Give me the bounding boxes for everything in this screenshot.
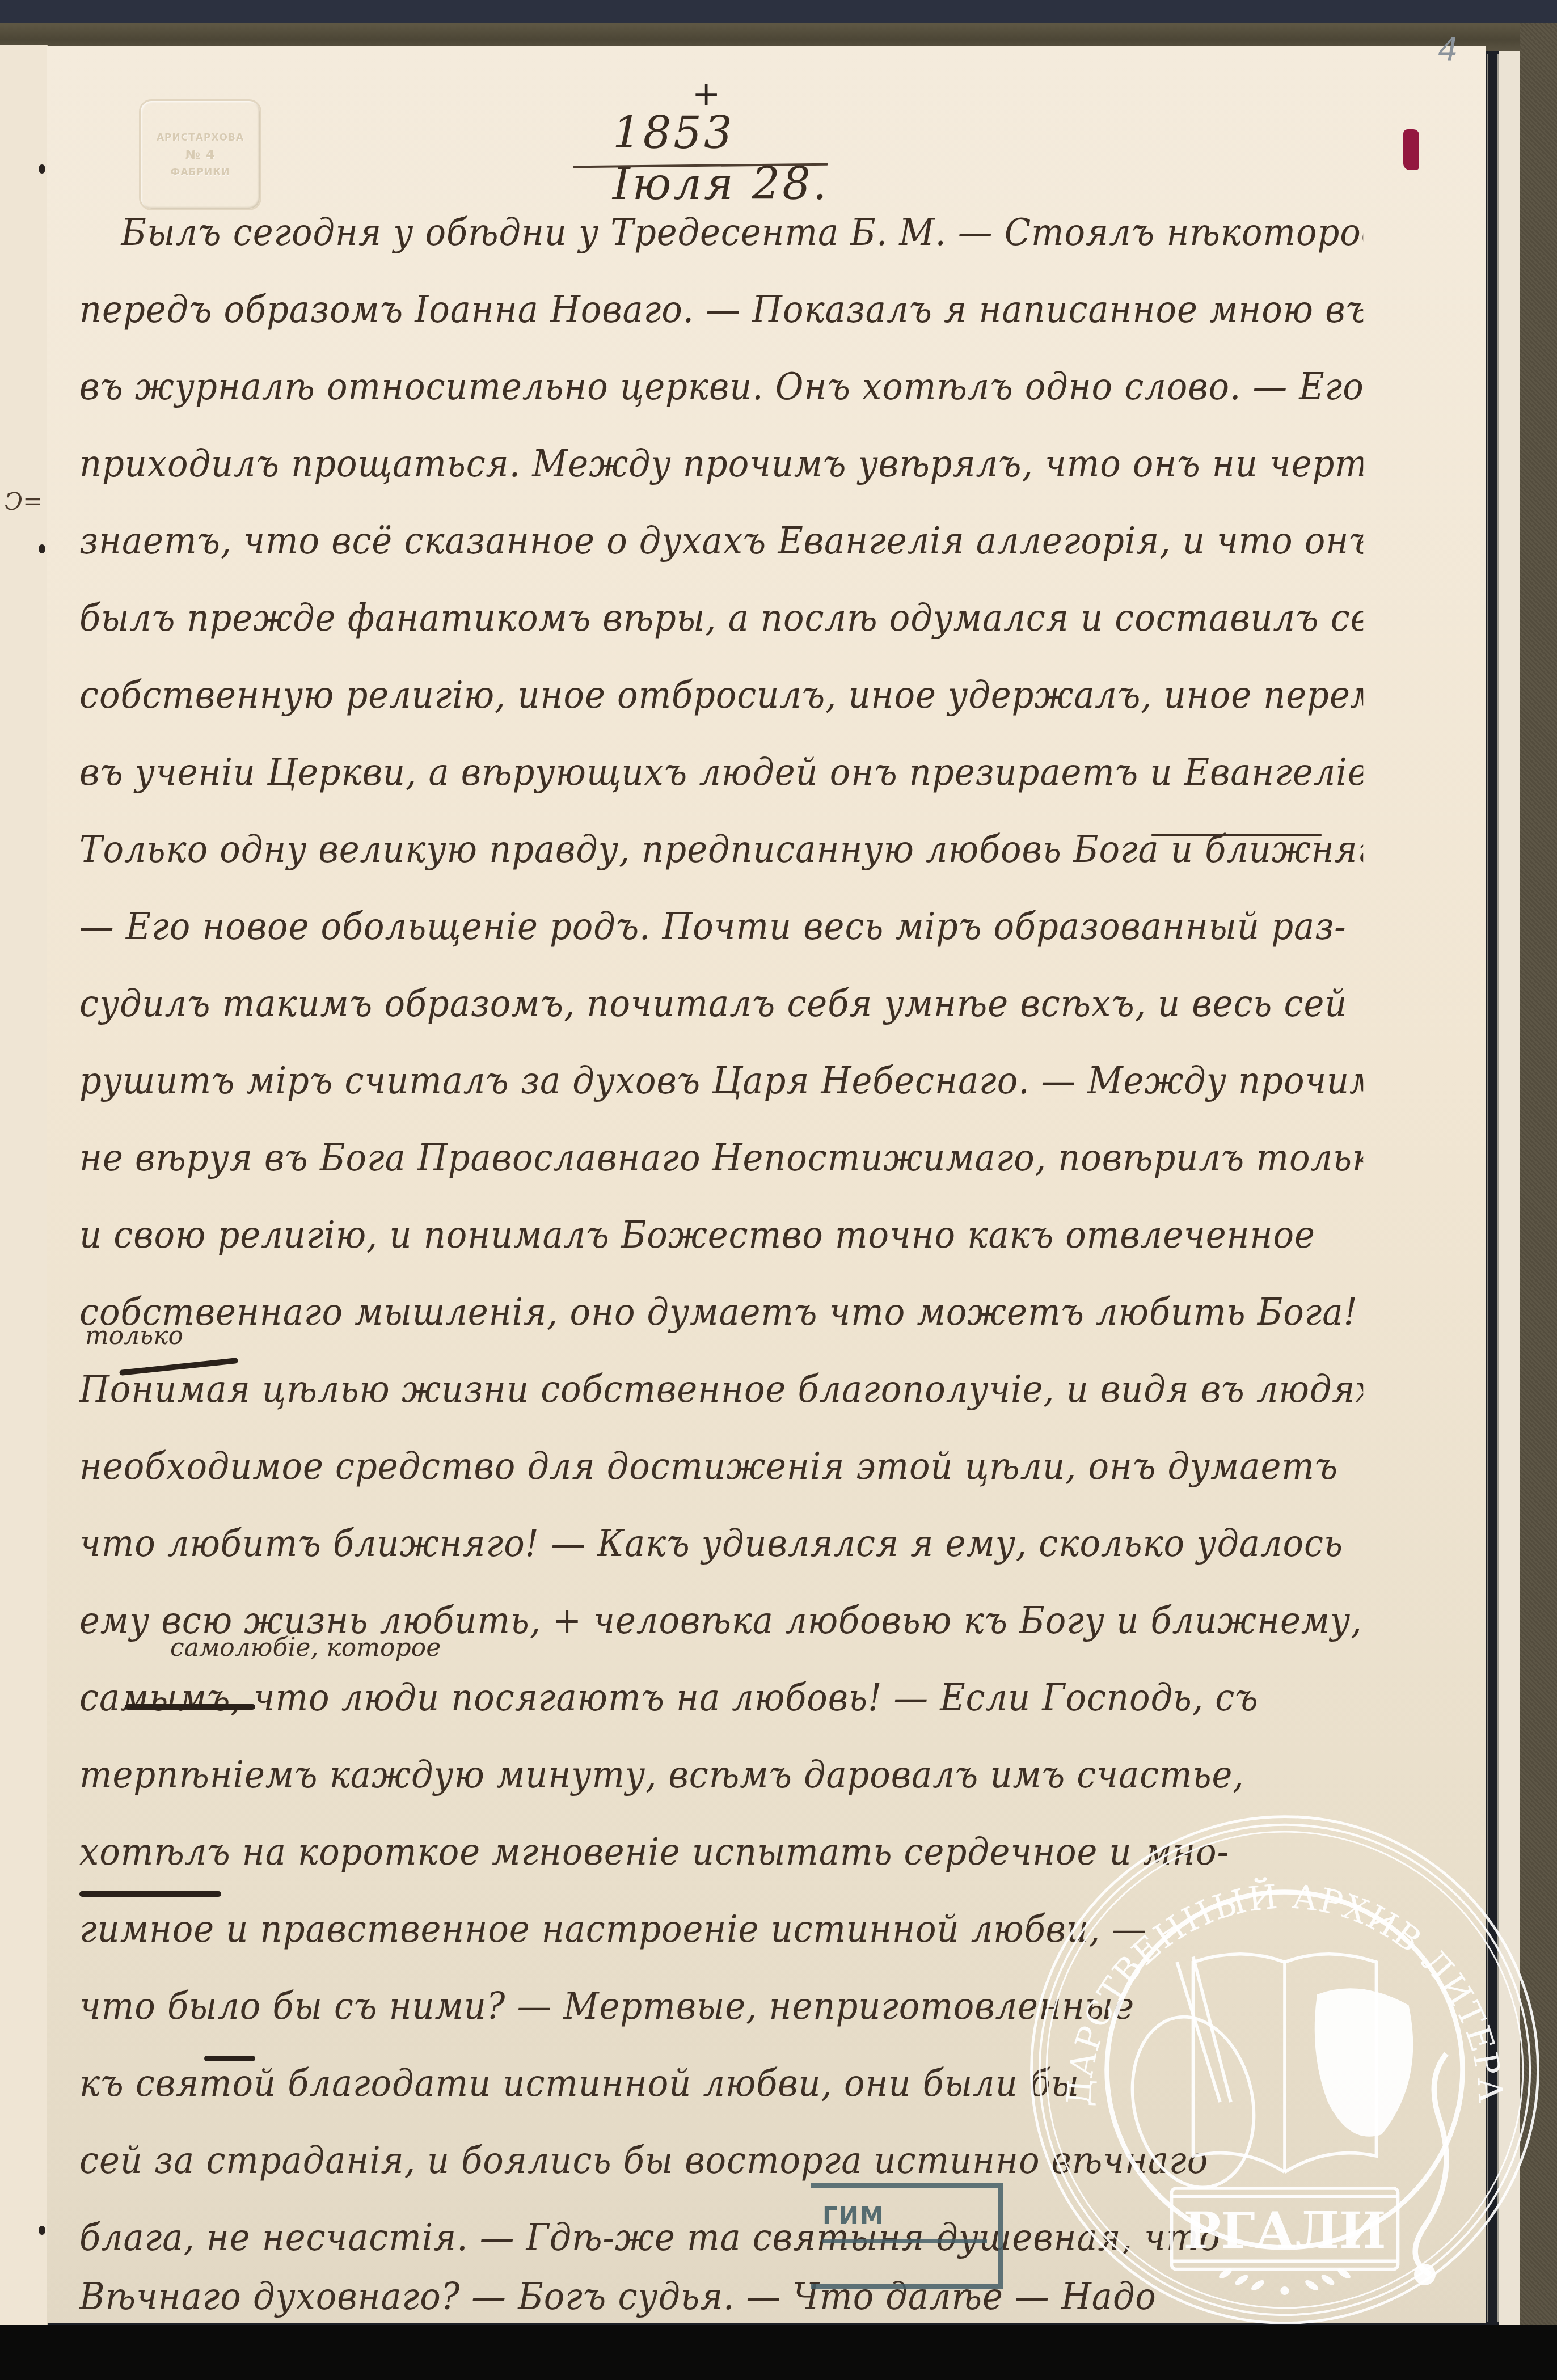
text-line: собственную религію, иное отбросилъ, ино… xyxy=(79,661,1363,729)
text-line: Только одну великую правду, предписанную… xyxy=(79,815,1363,883)
text-line: Вѣчнаго духовнаго? — Богъ судья. — Что д… xyxy=(79,2263,1363,2331)
gim-museum-stamp: ГИМ xyxy=(811,2183,1003,2289)
text-line: необходимое средство для достиженія этой… xyxy=(79,1432,1363,1500)
scan-background-bottom xyxy=(0,2325,1557,2380)
text-line: Понимая цѣлью жизни собственное благопол… xyxy=(79,1355,1363,1423)
strikethrough-mark xyxy=(204,2056,255,2061)
text-line: и свою религію, и понималъ Божество точн… xyxy=(79,1201,1363,1269)
text-line: Былъ сегодня у обѣдни у Тредесента Б. М.… xyxy=(79,198,1363,267)
text-line: рушитъ міръ считалъ за духовъ Царя Небес… xyxy=(79,1047,1363,1115)
gim-stamp-text: ГИМ xyxy=(822,2202,885,2230)
text-line: самымъ, что люди посягаютъ на любовь! — … xyxy=(79,1664,1363,1732)
magenta-ink-mark xyxy=(1403,129,1419,170)
pencil-page-number: 4 xyxy=(1438,31,1458,68)
page-stack-edge xyxy=(1499,51,1520,2325)
page-edge-line xyxy=(1497,54,1499,2322)
text-line: гимное и правственное настроеніе истинно… xyxy=(79,1895,1363,1963)
embossed-paper-stamp: АРИСТАРХОВА № 4 ФАБРИКИ xyxy=(139,99,261,210)
word-underline xyxy=(1151,834,1322,836)
text-line: былъ прежде фанатикомъ вѣры, а послѣ оду… xyxy=(79,584,1363,652)
binding-hole xyxy=(39,544,45,553)
scan-background-top xyxy=(0,0,1557,26)
text-line: что было бы съ ними? — Мертвые, непригот… xyxy=(79,1972,1363,2040)
margin-mark: Ↄ= xyxy=(5,488,43,515)
text-line: приходилъ прощаться. Между прочимъ увѣря… xyxy=(79,430,1363,498)
interlinear-insertion: самолюбіе, которое xyxy=(170,1633,441,1662)
page-edge-line xyxy=(1487,54,1488,2322)
binding-hole xyxy=(39,164,45,174)
text-line: передъ образомъ Іоанна Новаго. — Показал… xyxy=(79,276,1363,344)
text-line: собственнаго мышленія, оно думаетъ что м… xyxy=(79,1278,1363,1346)
text-line: блага, не несчастія. — Гдѣ-же та святыня… xyxy=(79,2204,1363,2272)
text-line: — Его новое обольщеніе родъ. Почти весь … xyxy=(79,893,1363,961)
text-line: въ ученіи Церкви, а вѣрующихъ людей онъ … xyxy=(79,738,1363,806)
strikethrough-mark xyxy=(125,1704,255,1710)
text-line: сей за страданія, и боялись бы восторга … xyxy=(79,2127,1363,2195)
emboss-line-1: АРИСТАРХОВА xyxy=(157,132,244,143)
text-line: знаетъ, что всё сказанное о духахъ Еванг… xyxy=(79,507,1363,575)
text-line: въ журналѣ относительно церкви. Онъ хотѣ… xyxy=(79,353,1363,421)
emboss-line-3: ФАБРИКИ xyxy=(171,167,230,178)
book-binding-right xyxy=(1520,23,1557,2336)
binding-hole xyxy=(39,2226,45,2235)
text-line: хотѣлъ на короткое мгновеніе испытать се… xyxy=(79,1818,1363,1886)
text-line: терпѣніемъ каждую минуту, всѣмъ даровалъ… xyxy=(79,1741,1363,1809)
text-line: судилъ такимъ образомъ, почиталъ себя ум… xyxy=(79,970,1363,1038)
emboss-line-2: № 4 xyxy=(185,148,215,162)
date-heading: 1853 Іюля 28. xyxy=(613,108,839,210)
interlinear-insertion: только xyxy=(85,1321,183,1350)
gim-stamp-rule xyxy=(822,2239,987,2243)
facing-page-edge xyxy=(0,45,48,2325)
text-line: не вѣруя въ Бога Православнаго Непостижи… xyxy=(79,1124,1363,1192)
text-line: къ святой благодати истинной любви, они … xyxy=(79,2049,1363,2117)
text-line: что любитъ ближняго! — Какъ удивлялся я … xyxy=(79,1510,1363,1578)
strikethrough-mark xyxy=(79,1891,221,1897)
